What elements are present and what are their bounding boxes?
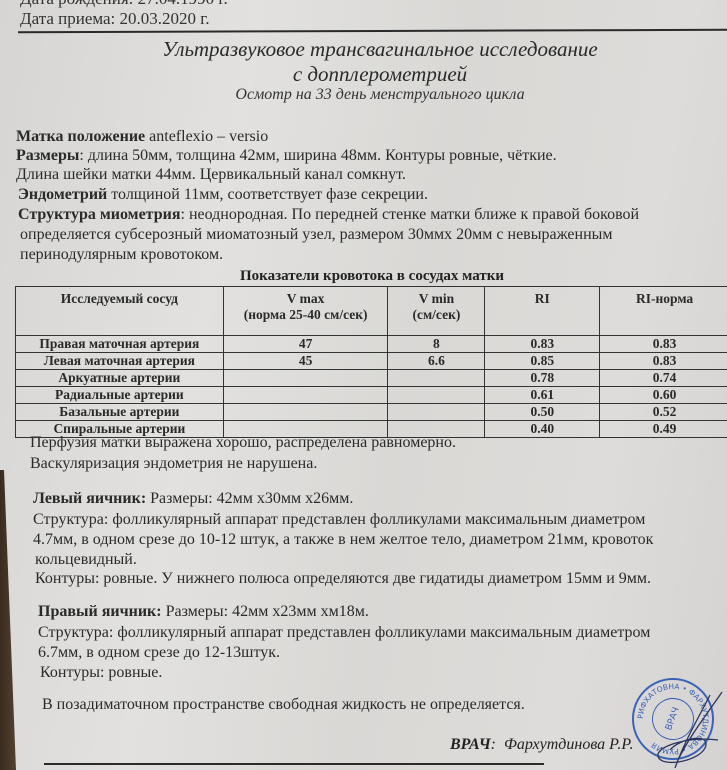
cell-vmax [223,387,388,404]
cell-ri: 0.83 [485,336,600,353]
perfusion-line1: Перфузия матки выражена хорошо, распреде… [30,434,456,452]
footer-rule [44,763,544,765]
table-row: Правая маточная артерия4780.830.83 [16,336,727,353]
cell-vmax [223,370,388,387]
cell-vmin [388,404,485,421]
doctor-signature-line: ВРАЧ: Фархутдинова Р.Р. [450,736,634,754]
cell-ri: 0.85 [485,353,600,370]
myometrium-line3: перинодулярным кровотоком. [20,246,223,264]
cell-vmax: 45 [223,353,388,370]
cell-ri-norm: 0.52 [600,404,727,421]
cell-ri: 0.40 [485,421,600,438]
perfusion-line2: Васкуляризация эндометрия не нарушена. [30,455,317,473]
table-row: Базальные артерии0.500.52 [16,404,727,421]
cell-vessel: Правая маточная артерия [16,336,224,353]
cell-ri-norm: 0.60 [600,387,727,404]
uterus-size: Размеры: длина 50мм, толщина 42мм, ширин… [16,147,557,165]
header-ri: RI [485,287,600,336]
cell-ri-norm: 0.83 [600,353,727,370]
left-ovary-structure1: Структура: фолликулярный аппарат предста… [33,511,645,529]
cell-ri-norm: 0.74 [600,370,727,387]
cell-ri-norm: 0.49 [600,421,727,438]
table-row: Аркуатные артерии0.780.74 [16,370,727,387]
cell-vessel: Радиальные артерии [16,387,224,404]
cell-vmin [388,370,485,387]
header-ri-norm: RI-норма [600,287,727,336]
cell-vessel: Левая маточная артерия [16,353,224,370]
right-ovary-size: Правый яичник: Размеры: 42мм х23мм хм18м… [38,603,369,621]
cell-ri: 0.50 [485,404,600,421]
conclusion: В позадиматочном пространстве свободная … [42,696,525,714]
cell-vmin: 8 [388,336,485,353]
endometrium: Эндометрий толщиной 11мм, соответствует … [18,186,428,204]
document-title-line2: с допплерометрией [100,62,660,87]
cell-ri: 0.61 [485,387,600,404]
uterus-position: Матка положение anteflexio – versio [16,128,268,146]
cell-vessel: Базальные артерии [16,404,224,421]
right-ovary-structure1: Структура: фолликулярный аппарат предста… [38,624,650,642]
cervix-length: Длина шейки матки 44мм. Цервикальный кан… [16,166,406,184]
birth-date: Дата рождения: 27.04.1990 г. [20,0,228,9]
cell-vmax: 47 [223,336,388,353]
header-vessel: Исследуемый сосуд [16,287,224,336]
cell-ri-norm: 0.83 [600,336,727,353]
table-caption: Показатели кровотока в сосудах матки [240,268,504,285]
cell-vessel: Аркуатные артерии [16,370,224,387]
myometrium-structure: Структура миометрия: неоднородная. По пе… [18,206,639,224]
left-ovary-structure3: кольцевидный. [35,551,137,569]
myometrium-line2: определяется субсерозный миоматозный узе… [20,226,613,244]
signature [650,690,727,770]
left-ovary-structure2: 4.7мм, в одном срезе до 10-12 штук, а та… [33,531,653,549]
header-vmin: V min(см/сек) [388,287,485,336]
right-ovary-contours: Контуры: ровные. [40,664,162,682]
visit-date: Дата приема: 20.03.2020 г. [20,9,210,29]
document-subtitle: Осмотр на 33 день менструального цикла [120,86,640,104]
blood-flow-table: Исследуемый сосуд V max(норма 25-40 см/с… [15,286,727,438]
left-ovary-contours: Контуры: ровные. У нижнего полюса опреде… [35,570,651,588]
table-row: Радиальные артерии0.610.60 [16,387,727,404]
cell-vmax [223,404,388,421]
document-title: Ультразвуковое трансвагинальное исследов… [100,37,660,62]
table-row: Левая маточная артерия456.60.850.83 [16,353,727,370]
cell-vmin [388,387,485,404]
right-ovary-structure2: 6.7мм, в одном срезе до 12-13штук. [38,644,280,662]
left-ovary-size: Левый яичник: Размеры: 42мм х30мм х26мм. [33,490,353,508]
cell-ri: 0.78 [485,370,600,387]
table-header-row: Исследуемый сосуд V max(норма 25-40 см/с… [16,287,727,336]
cell-vmin: 6.6 [388,353,485,370]
header-vmax: V max(норма 25-40 см/сек) [223,287,388,336]
